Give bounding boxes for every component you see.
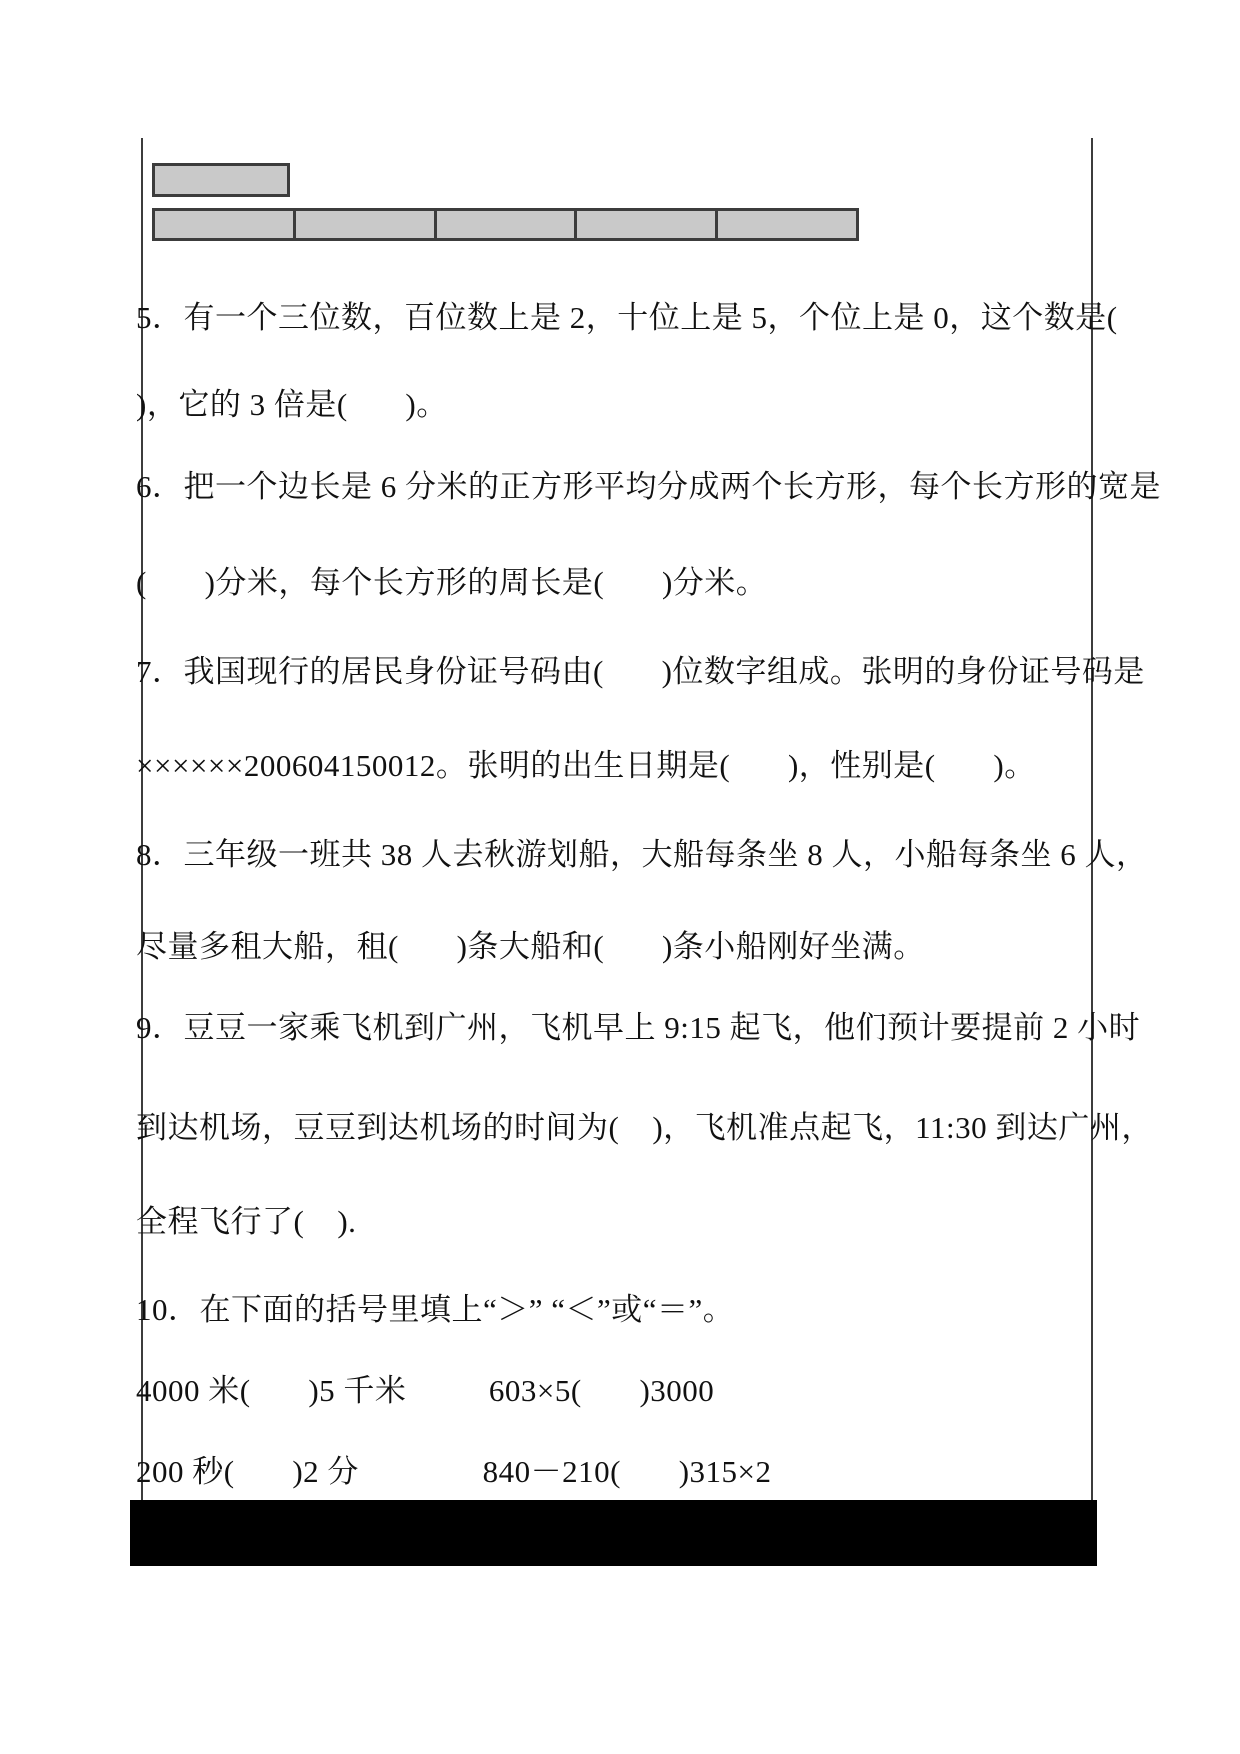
worksheet-page: 5．有一个三位数，百位数上是 2，十位上是 5，个位上是 0，这个数是( )，它…: [0, 0, 1240, 1754]
redacted-footer-bar: [130, 1500, 1097, 1566]
bar-model-segment: [718, 211, 856, 238]
bar-model-unit-box: [152, 163, 290, 197]
question-7-line-2: ××××××200604150012。张明的出生日期是( )，性别是( )。: [136, 745, 1036, 787]
question-10-line-3: 200 秒( )2 分 840－210( )315×2: [136, 1451, 772, 1493]
question-9-line-1: 9．豆豆一家乘飞机到广州，飞机早上 9:15 起飞，他们预计要提前 2 小时: [136, 1007, 1140, 1049]
question-5-line-1: 5．有一个三位数，百位数上是 2，十位上是 5，个位上是 0，这个数是(: [136, 297, 1118, 339]
question-10-line-2: 4000 米( )5 千米 603×5( )3000: [136, 1370, 714, 1412]
question-8-line-1: 8．三年级一班共 38 人去秋游划船，大船每条坐 8 人，小船每条坐 6 人，: [136, 834, 1148, 876]
bar-model-long-bar: [152, 208, 859, 241]
bar-model-segment: [296, 211, 437, 238]
question-6-line-2: ( )分米，每个长方形的周长是( )分米。: [136, 562, 767, 604]
question-6-line-1: 6．把一个边长是 6 分米的正方形平均分成两个长方形，每个长方形的宽是: [136, 466, 1161, 508]
bar-model-segment: [577, 211, 718, 238]
question-9-line-3: 全程飞行了( ).: [136, 1201, 356, 1243]
question-5-line-2: )，它的 3 倍是( )。: [136, 384, 448, 426]
question-10-line-1: 10．在下面的括号里填上“＞” “＜”或“＝”。: [136, 1289, 734, 1331]
question-9-line-2: 到达机场，豆豆到达机场的时间为( )，飞机准点起飞，11:30 到达广州，: [136, 1107, 1153, 1149]
question-8-line-2: 尽量多租大船，租( )条大船和( )条小船刚好坐满。: [136, 926, 925, 968]
question-7-line-1: 7．我国现行的居民身份证号码由( )位数字组成。张明的身份证号码是: [136, 651, 1145, 693]
content-right-border: [1091, 138, 1093, 1500]
bar-model-segment: [437, 211, 578, 238]
bar-model-segment: [155, 211, 296, 238]
